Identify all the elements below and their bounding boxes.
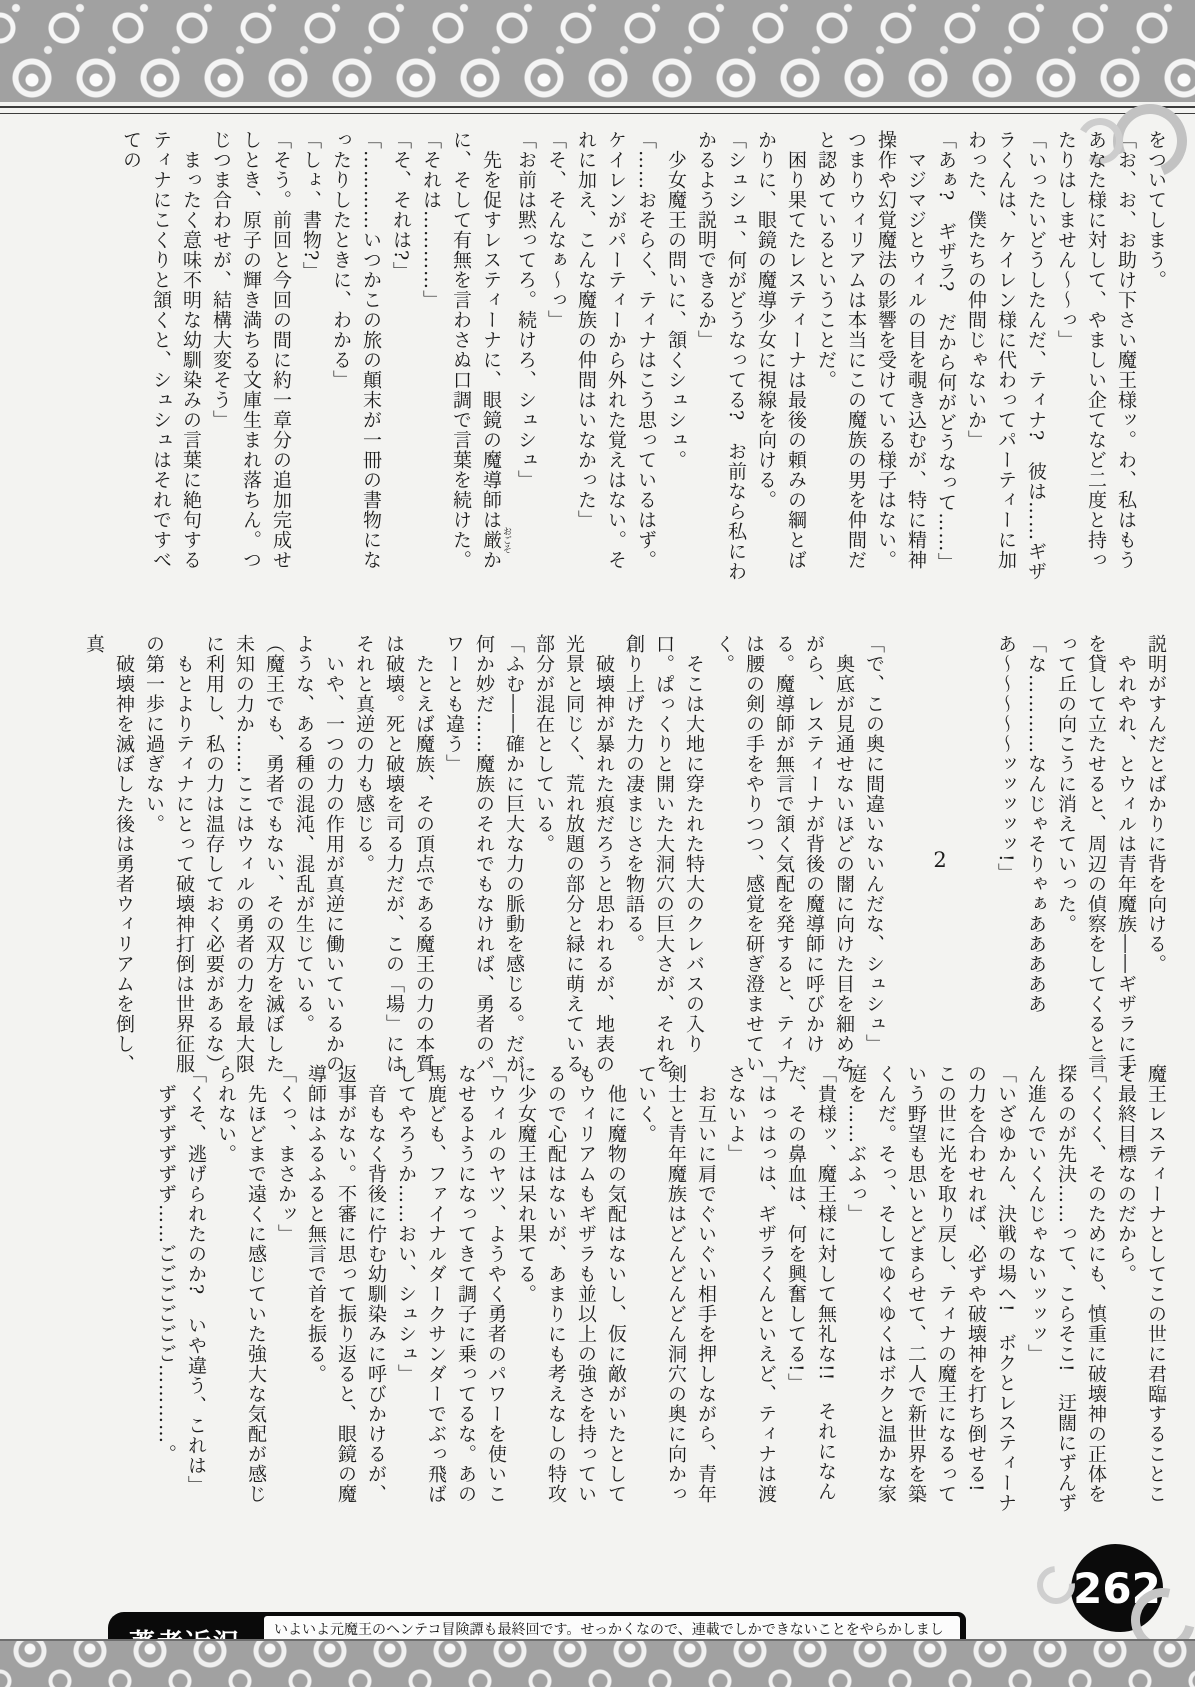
paragraph: 破壊神が暴れた痕だろうと思われるが、地表の光景と同じく、荒れ放題の部分と緑に萌え… (529, 634, 619, 1086)
paragraph: たとえば魔族、その頂点である魔王の力の本質は破壊。死と破壊を司る力だが、この「場… (349, 634, 439, 1086)
paragraph: 「貴様ッ、魔王様に対して無礼な!! それになんだ、その鼻血は、何を興奮してる!」 (781, 1064, 841, 1522)
paragraph: 説明がすんだとばかりに背を向ける。 (1141, 634, 1171, 1086)
paragraph: 他に魔物の気配はないし、仮に敵がいたとしてもウィリアムもギザラも並以上の強さを持… (511, 1064, 631, 1522)
paragraph: 「そう。前回と今回の間に約一章分の追加完成せしとき、原子の輝き満ちる文庫生まれ落… (206, 130, 296, 582)
paragraph: 「で、この奥に間違いないんだな、シュシュ」 (859, 634, 889, 1086)
text-block-3: 魔王レスティーナとしてこの世に君臨することこそ最終目標なのだから。「くくく、その… (31, 1064, 1171, 1522)
paragraph: （魔王でも、勇者でもない、その双方を滅ぼした未知の力か……ここはウィルの勇者の力… (199, 634, 289, 1086)
top-rule-divider (0, 106, 1195, 114)
paragraph: いや、一つの力の作用が真逆に働いているかのような、ある種の混沌、混乱が生じている… (289, 634, 349, 1086)
paragraph: 魔王レスティーナとしてこの世に君臨することこそ最終目標なのだから。 (1111, 1064, 1171, 1522)
paragraph: もとよりティナにとって破壊神打倒は世界征服の第一歩に過ぎない。 (139, 634, 199, 1086)
paragraph: 「お前は黙ってろ。続けろ、シュシュ」 (511, 130, 541, 582)
paragraph: 「シュシュ、何がどうなってる? お前なら私にわかるよう説明できるか」 (691, 130, 751, 582)
paragraph: 「あぁ? ギザラ? だから何がどうなって……」 (931, 130, 961, 582)
paragraph: 「しょ、書物?」 (296, 130, 326, 582)
paragraph: まったく意味不明な幼馴染みの言葉に絶句するティナにこくりと頷くと、シュシュはそれ… (116, 130, 206, 582)
paragraph: 破壊神を滅ぼした後は勇者ウィリアムを倒し、真 (79, 634, 139, 1086)
paragraph: 「そ、そんなぁ〜っ」 (541, 130, 571, 582)
paragraph: 「くっ、まさかッ」 (271, 1064, 301, 1522)
paragraph: 「……おそらく、ティナはこう思っているはず。ケイレンがパーティーから外れた覚えは… (571, 130, 661, 582)
paragraph: 「はっはっは、ギザラくんといえど、ティナは渡さないよ」 (721, 1064, 781, 1522)
paragraph: 奥底が見通せないほどの闇に向けた目を細めながら、レスティーナが背後の魔導師に呼び… (709, 634, 859, 1086)
paragraph: 「くそ、逃げられたのか? いや違う、これは」 (181, 1064, 211, 1522)
paragraph: 「お、お、お助け下さい魔王様ッ。わ、私はもうあなた様に対して、やましい企てなど二… (1051, 130, 1141, 582)
paragraph: 先を促すレスティーナに、眼鏡の魔導師は厳おごそかに、そして有無を言わさぬ口調で言… (446, 130, 511, 582)
paragraph: やれやれ、とウィルは青年魔族――ギザラに手を貸して立たせると、周辺の偵察をしてく… (1051, 634, 1141, 1086)
paragraph: 「いざゆかん、決戦の場へ! ボクとレスティーナの力を合わせれば、必ずや破壊神を打… (841, 1064, 1021, 1522)
decorative-border-top (0, 0, 1195, 102)
paragraph: マジマジとウィルの目を覗き込むが、特に精神操作や幻覚魔法の影響を受けている様子は… (811, 130, 931, 582)
paragraph: 先ほどまで遠くに感じていた強大な気配が感じられない。 (211, 1064, 271, 1522)
section-number: 2 (925, 634, 955, 1086)
paragraph: 「ふむ――確かに巨大な力の脈動を感じる。だが何か妙だ……魔族のそれでもなければ、… (439, 634, 529, 1086)
paragraph: 少女魔王の問いに、頷くシュシュ。 (661, 130, 691, 582)
paragraph: 「くくく、そのためにも、慎重に破壊神の正体を探るのが先決……って、こらそこ! 迂… (1021, 1064, 1111, 1522)
paragraph: お互いに肩でぐいぐい相手を押しながら、青年剣士と青年魔族はどんどんどん洞穴の奥に… (631, 1064, 721, 1522)
paragraph: 音もなく背後に佇む幼馴染みに呼びかけるが、返事がない。不審に思って振り返ると、眼… (301, 1064, 391, 1522)
paragraph: 「いったいどうしたんだ、ティナ? 彼は……ギザラくんは、ケイレン様に代わってパー… (961, 130, 1051, 582)
text-block-1: をついてしまう。「お、お、お助け下さい魔王様ッ。わ、私はもうあなた様に対して、や… (31, 130, 1171, 582)
paragraph: をついてしまう。 (1141, 130, 1171, 582)
paragraph: 困り果てたレスティーナは最後の頼みの綱とばかりに、眼鏡の魔導少女に視線を向ける。 (751, 130, 811, 582)
paragraph: 「…………いつかこの旅の顛末が一冊の書物になったりしたときに、わかる」 (326, 130, 386, 582)
paragraph: 「な…………なんじゃそりゃぁああああああ〜〜〜〜〜ッッッッッ!」 (991, 634, 1051, 1086)
paragraph: 「それは…………」 (416, 130, 446, 582)
text-block-2: 説明がすんだとばかりに背を向ける。やれやれ、とウィルは青年魔族――ギザラに手を貸… (31, 634, 1171, 1086)
paragraph: ずずずずずず……ごごごごごご…………。 (151, 1064, 181, 1522)
paragraph: そこは大地に穿たれた特大のクレバスの入り口。ぱっくりと開いた大洞穴の巨大さが、そ… (619, 634, 709, 1086)
novel-page: をついてしまう。「お、お、お助け下さい魔王様ッ。わ、私はもうあなた様に対して、や… (0, 0, 1195, 1687)
paragraph: 「そ、それは?」 (386, 130, 416, 582)
decorative-border-bottom (0, 1639, 1195, 1687)
paragraph: 「ウィルのヤツ、ようやく勇者のパワーを使いこなせるようになってきて調子に乗ってる… (391, 1064, 511, 1522)
